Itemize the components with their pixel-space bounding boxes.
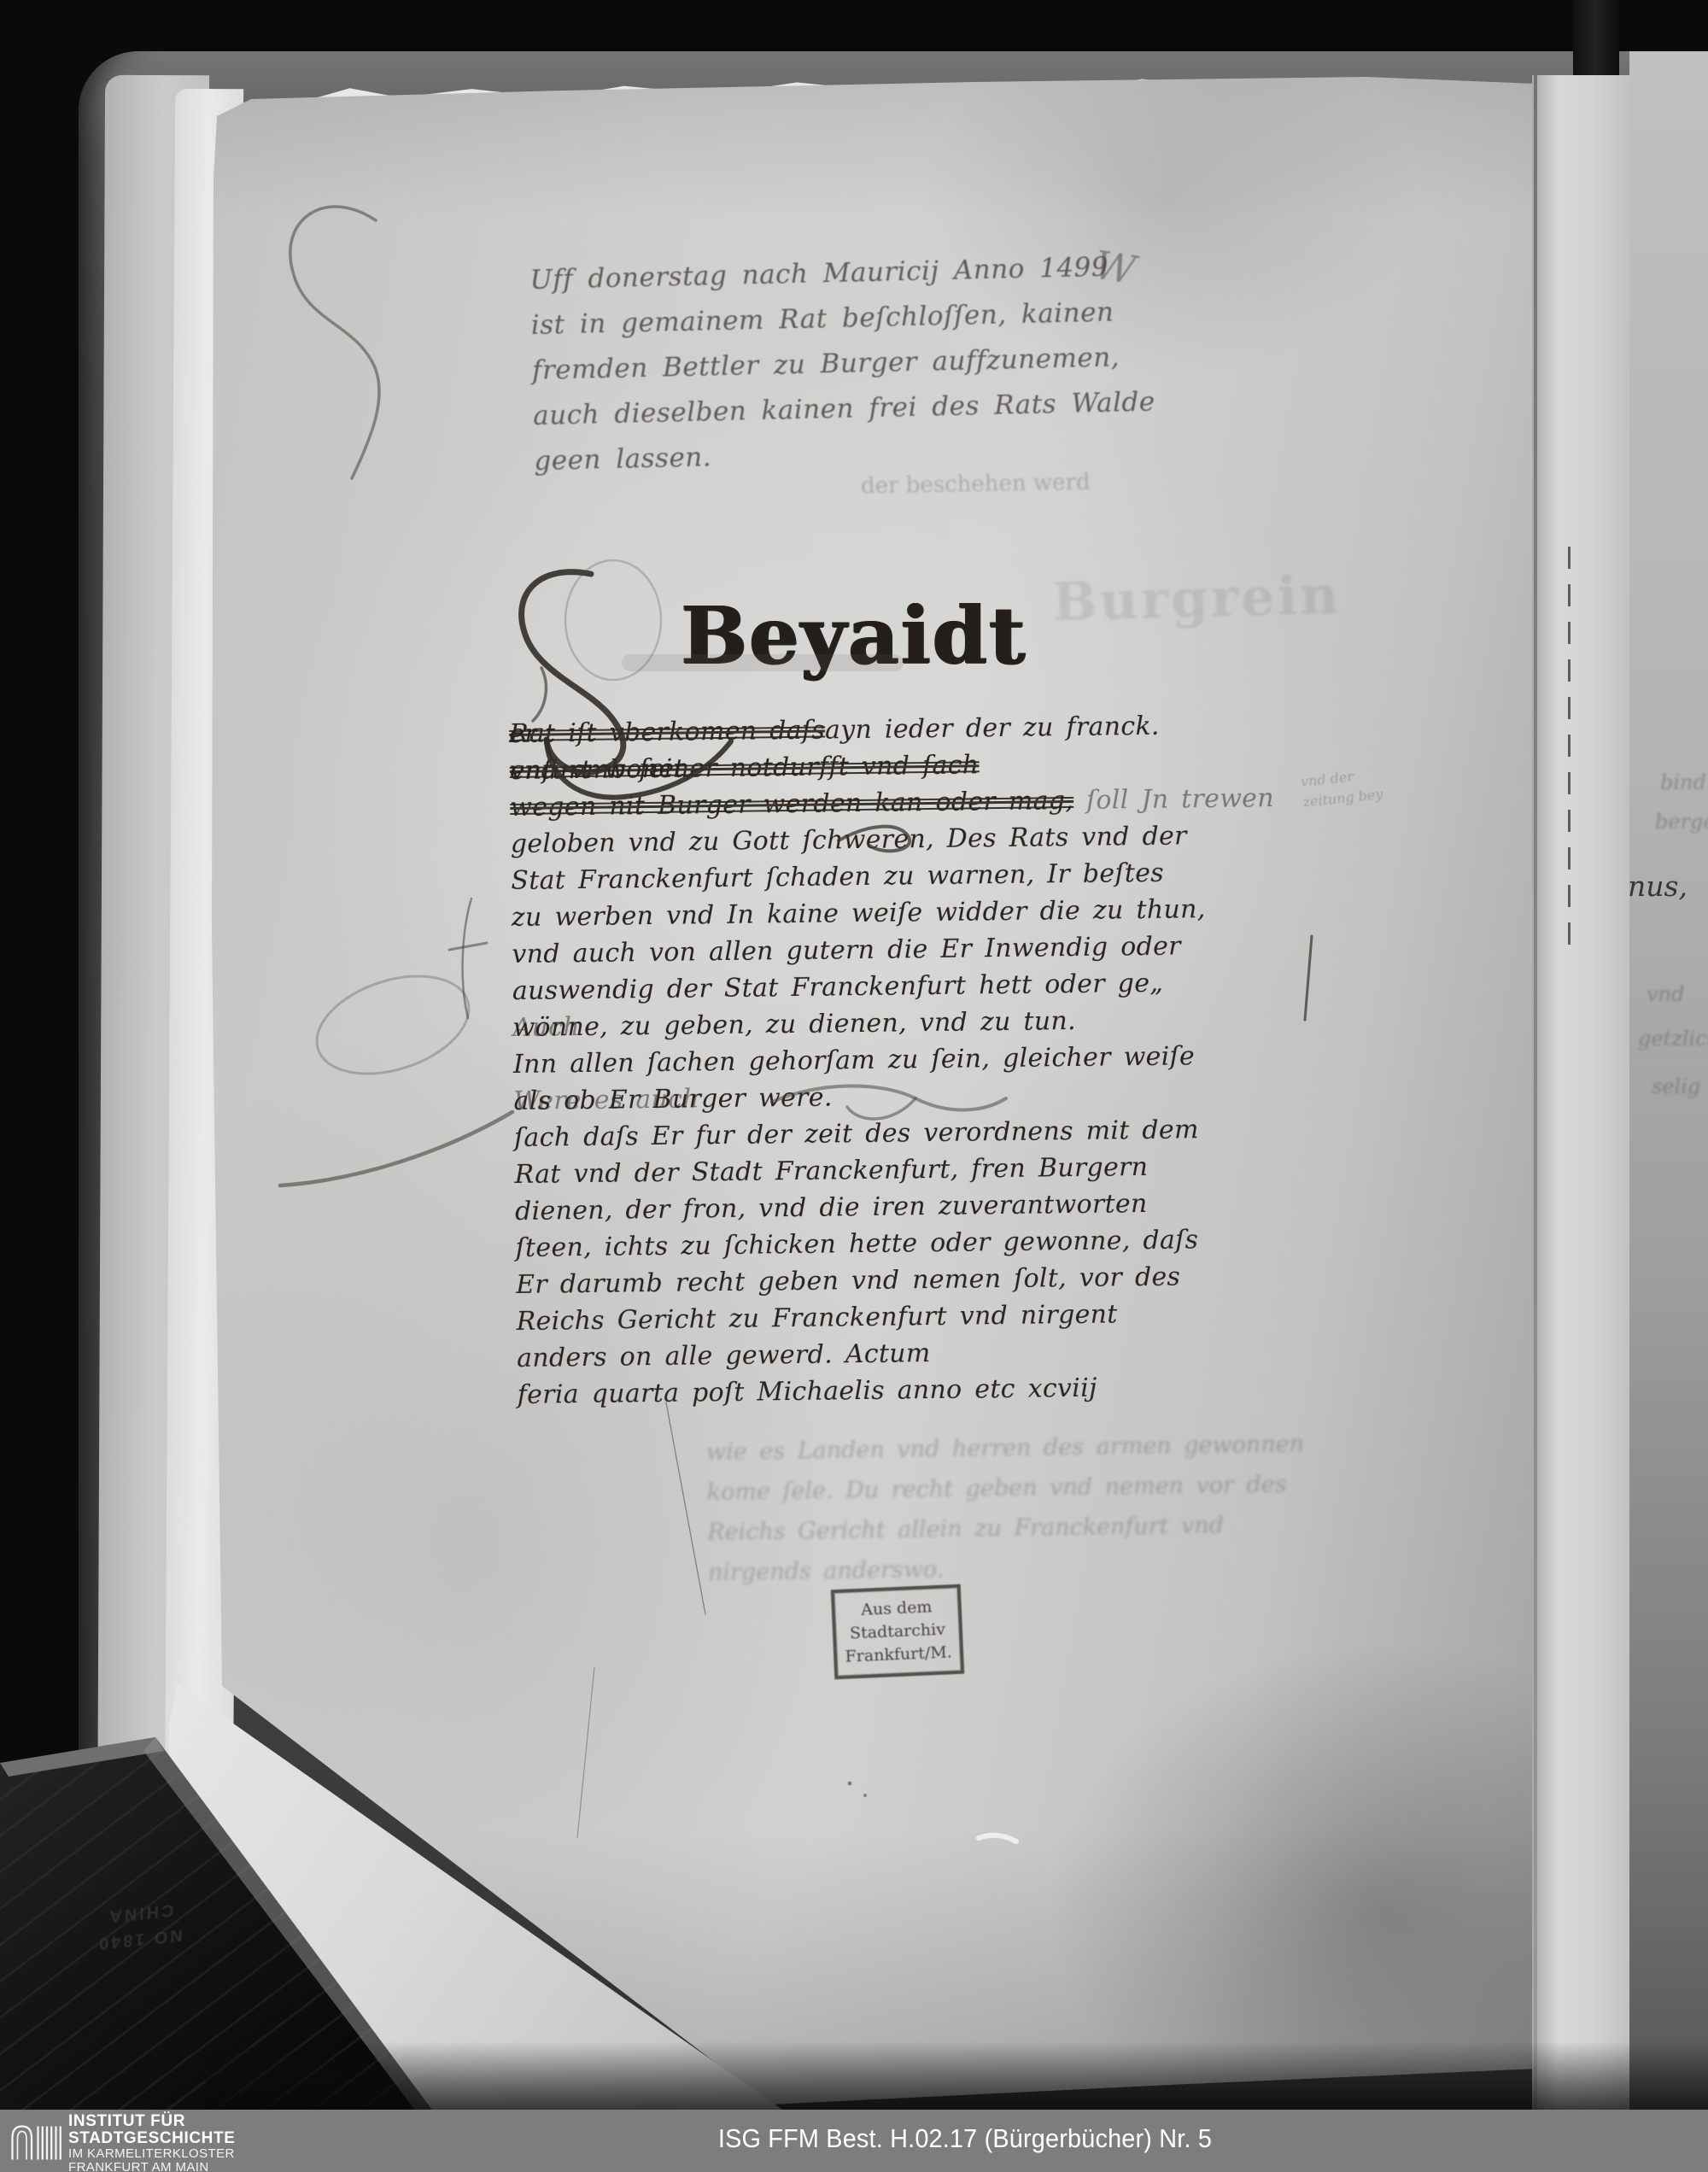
isg-logo-text: INSTITUT FÜR STADTGESCHICHTE IM KARMELIT… (68, 2113, 235, 2172)
facing-fragment: getzlicher (1638, 1027, 1708, 1051)
logo-line: FRANKFURT AM MAIN (68, 2161, 235, 2172)
binding-strap (1573, 0, 1619, 87)
logo-line: INSTITUT FÜR (68, 2113, 235, 2130)
facing-fragment-dark: nus, (1628, 869, 1688, 903)
calligraphic-flourishes (205, 77, 1542, 2115)
isg-arch-logo-icon (9, 2115, 65, 2166)
archive-photo: Uff donerstag nach Mauricij Anno 1499ist… (0, 0, 1708, 2172)
facing-fragment: selig (1652, 1074, 1700, 1098)
facing-fragment: vnd (1647, 982, 1684, 1006)
logo-line: IM KARMELITERKLOSTER (68, 2147, 235, 2161)
stitch-line (1568, 547, 1571, 948)
binding-guard-strip (1532, 75, 1633, 2110)
footer-bar: INSTITUT FÜR STADTGESCHICHTE IM KARMELIT… (0, 2110, 1708, 2172)
archive-caption: ISG FFM Best. H.02.17 (Bürgerbücher) Nr.… (718, 2123, 1212, 2154)
logo-line: STADTGESCHICHTE (68, 2130, 235, 2147)
bottom-shadow (205, 2041, 1708, 2111)
gutter-crease (1534, 75, 1537, 2110)
facing-fragment: berges (1655, 810, 1708, 834)
manuscript-content: Uff donerstag nach Mauricij Anno 1499ist… (205, 77, 1542, 2115)
facing-fragment: bind (1660, 770, 1706, 794)
